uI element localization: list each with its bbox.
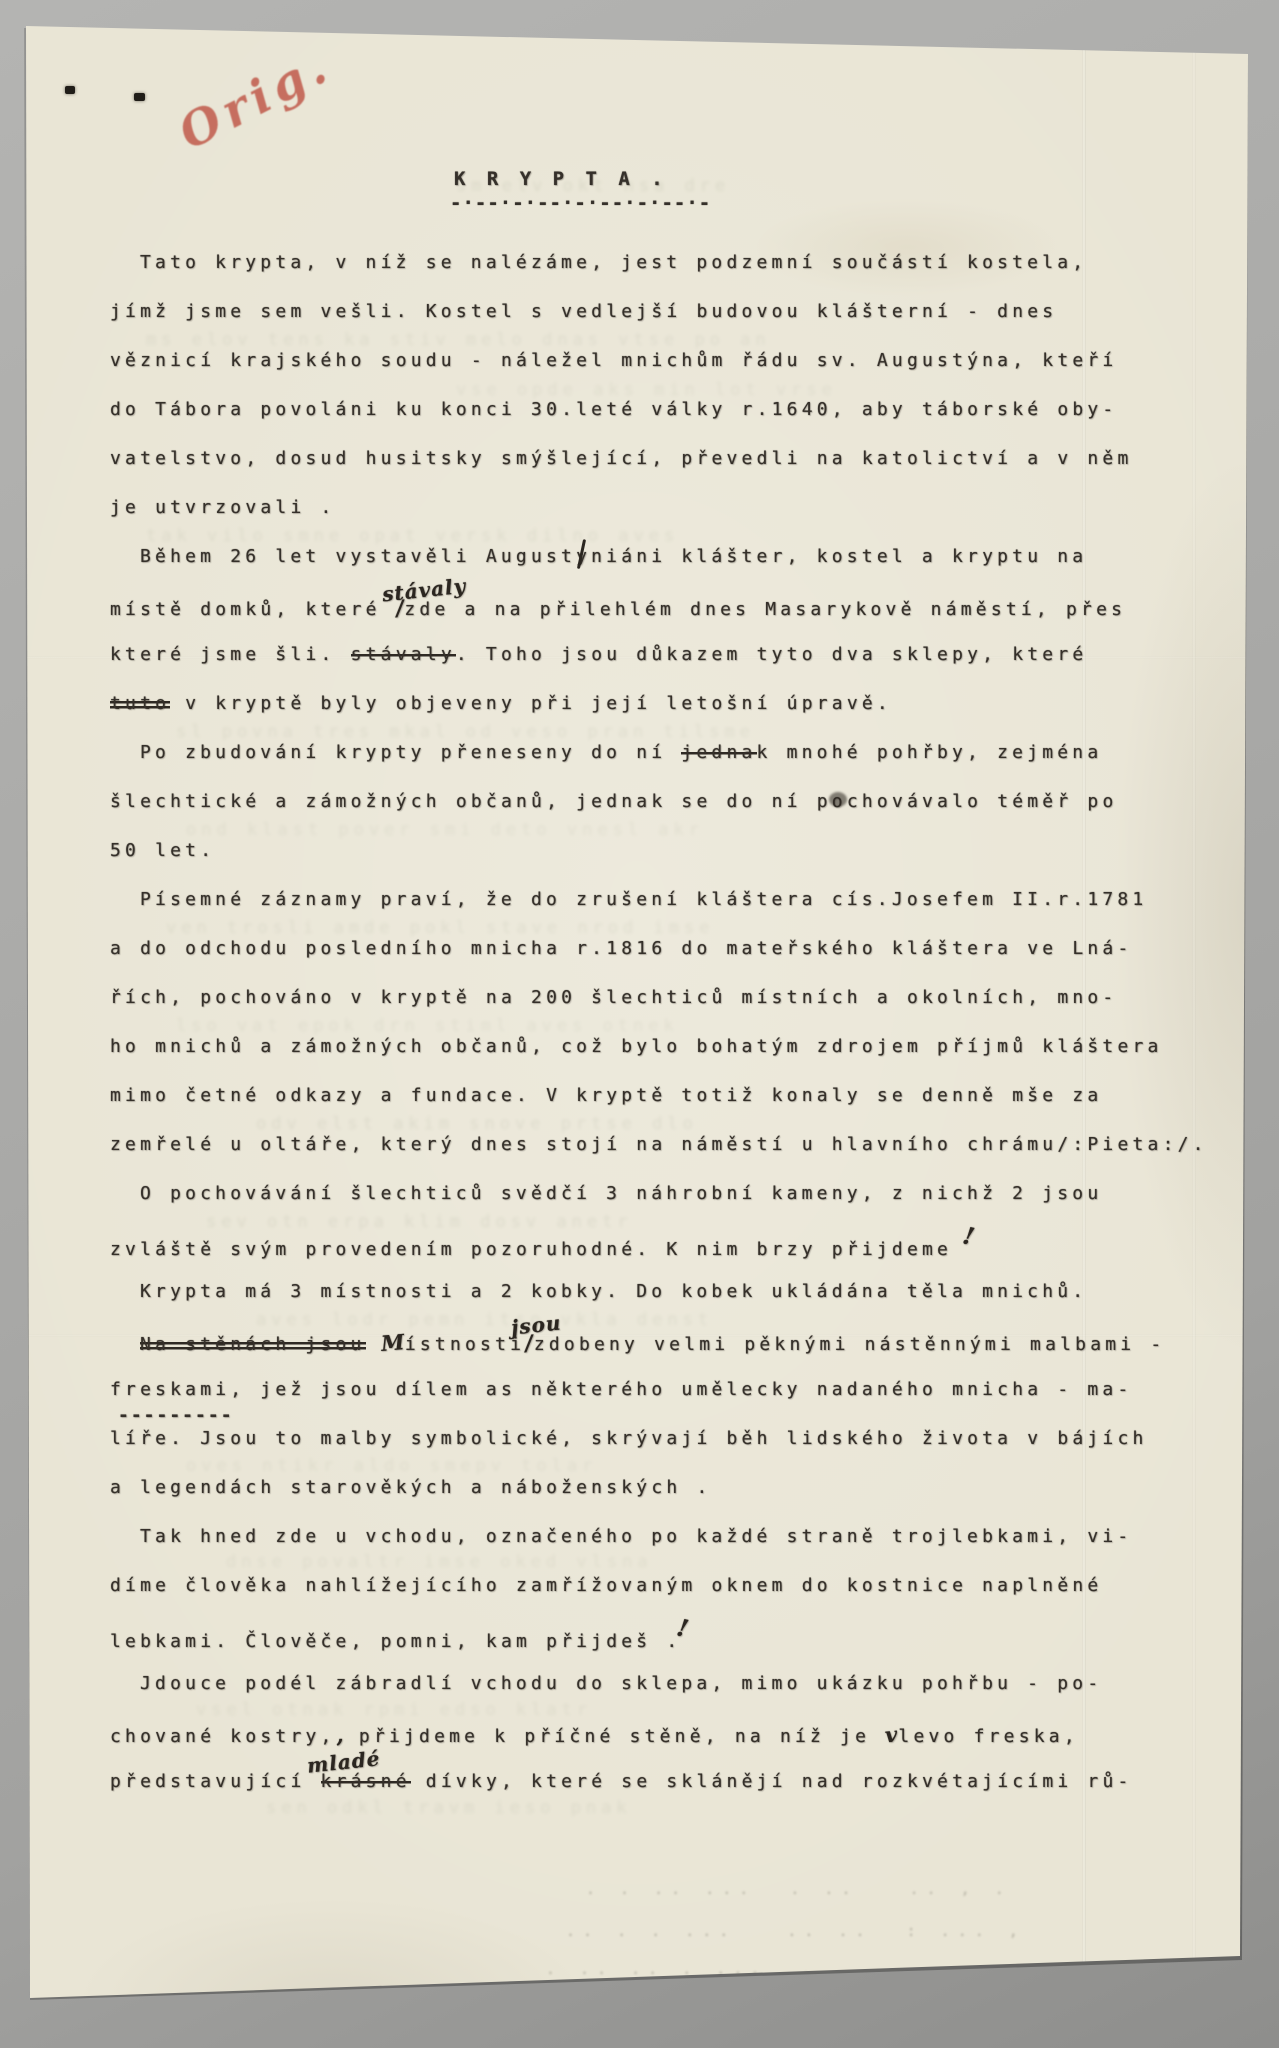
typed-line: Po zbudování krypty přeneseny do ní jedn… bbox=[140, 742, 1102, 763]
handwritten-correction: , bbox=[334, 1722, 344, 1748]
typed-line: které jsme šli. stávaly. Toho jsou důkaz… bbox=[110, 644, 1087, 665]
typed-line: zemřelé u oltáře, který dnes stojí na ná… bbox=[110, 1134, 1208, 1155]
typed-segment: dívky, které se sklánějí nad rozkvétajíc… bbox=[411, 1771, 1133, 1792]
typed-segment: o bbox=[832, 791, 847, 812]
typed-segment: líře. Jsou to malby symbolické, skrývají… bbox=[110, 1428, 1148, 1449]
typed-segment: Jdouce podél zábradlí vchodu do sklepa, … bbox=[140, 1673, 1102, 1694]
typed-segment: niáni klášter, kostel a kryptu na bbox=[591, 546, 1087, 567]
typed-line: vatelstvo, dosud husitsky smýšlející, př… bbox=[110, 448, 1133, 469]
typed-line: chované kostry,, přijdeme k příčné stěně… bbox=[110, 1722, 1079, 1747]
handwritten-exclamation: ! bbox=[674, 1612, 695, 1644]
typed-segment: ístnosti bbox=[405, 1334, 525, 1355]
typed-segment: mimo četné odkazy a fundace. V kryptě to… bbox=[110, 1085, 1102, 1106]
typed-line: zvláště svým provedením pozoruhodné. K n… bbox=[110, 1232, 982, 1261]
typed-line: Tato krypta, v níž se nalézáme, jest pod… bbox=[140, 252, 1087, 273]
typed-line: Tak hned zde u vchodu, označeného po kaž… bbox=[140, 1526, 1132, 1547]
struck-text: jedna bbox=[681, 742, 756, 763]
typed-segment: do Tábora povoláni ku konci 30.leté válk… bbox=[110, 399, 1117, 420]
typed-segment: je utvrzovali . bbox=[110, 497, 336, 518]
typed-line: šlechtické a zámožných občanů, jednak se… bbox=[110, 791, 1118, 812]
ink-bleed-ghost: sen odkl travm ieso pnak bbox=[266, 1798, 632, 1818]
typed-segment: k mnohé pohřby, zejména bbox=[757, 742, 1103, 763]
typed-line: do Tábora povoláni ku konci 30.leté válk… bbox=[110, 399, 1117, 420]
typed-line: řích, pochováno v kryptě na 200 šlechtic… bbox=[110, 987, 1117, 1008]
typed-line: Písemné záznamy praví, že do zrušení klá… bbox=[140, 889, 1147, 910]
typed-segment: představující bbox=[110, 1771, 321, 1792]
typed-line: věznicí krajského soudu - náležel mnichů… bbox=[110, 350, 1117, 371]
typed-segment: řích, pochováno v kryptě na 200 šlechtic… bbox=[110, 987, 1117, 1008]
typed-segment: O pochovávání šlechticů svědčí 3 náhrobn… bbox=[140, 1183, 1102, 1204]
typed-segment: vatelstvo, dosud husitsky smýšlející, př… bbox=[110, 448, 1133, 469]
typed-segment: . Toho jsou důkazem tyto dva sklepy, kte… bbox=[456, 644, 1088, 665]
typed-segment: díme člověka nahlížejícího zamřížovaným … bbox=[110, 1575, 1102, 1596]
fold-crease bbox=[1192, 8, 1196, 2003]
title-underline: -·--·-·--·-·--·-·--·- bbox=[450, 192, 711, 214]
typed-line: O pochovávání šlechticů svědčí 3 náhrobn… bbox=[140, 1183, 1102, 1204]
typed-line: a do odchodu posledního mnicha r.1816 do… bbox=[110, 938, 1133, 959]
document-title: K R Y P T A . bbox=[454, 168, 668, 190]
struck-text: tuto bbox=[110, 693, 170, 714]
typed-segment: věznicí krajského soudu - náležel mnichů… bbox=[110, 350, 1117, 371]
ink-bleed-ghost: sl povna tres mkal od veso pran tilsme bbox=[176, 722, 755, 742]
scanned-document-photo: { "page": { "background_color": "#a9a9a7… bbox=[0, 0, 1279, 2048]
punch-mark bbox=[134, 93, 145, 101]
typed-segment: Během 26 let vystavěli August bbox=[140, 546, 576, 567]
struck-text: stávaly bbox=[351, 644, 456, 665]
orig-annotation: Orig. bbox=[170, 38, 340, 161]
typed-segment: chovávalo téměř po bbox=[847, 791, 1118, 812]
typed-line: tuto v kryptě byly objeveny při její let… bbox=[110, 693, 892, 714]
typed-segment: zde a na přilehlém dnes Masarykově náměs… bbox=[404, 599, 1126, 620]
typed-line: díme člověka nahlížejícího zamřížovaným … bbox=[110, 1575, 1102, 1596]
ink-bleed-ghost: tak vilo smne opat versk dilno aves bbox=[146, 526, 679, 546]
handwritten-correction: v bbox=[884, 1721, 899, 1747]
typed-segment: přijdeme k příčné stěně, na níž je bbox=[344, 1726, 885, 1747]
typed-segment: Tato krypta, v níž se nalézáme, jest pod… bbox=[140, 252, 1087, 273]
typed-segment: freskami, jež jsou dílem as některého um… bbox=[110, 1379, 1133, 1400]
typed-line: 50 let. bbox=[110, 840, 215, 861]
typed-segment: zvláště svým provedením pozoruhodné. K n… bbox=[110, 1239, 967, 1260]
typed-segment: y bbox=[576, 546, 591, 567]
typed-segment: lebkami. Člověče, pomni, kam přijdeš . bbox=[110, 1631, 681, 1652]
ink-bleed-ghost: dnse povaltr imse oked vlsna bbox=[226, 1552, 653, 1572]
typed-segment bbox=[366, 1334, 381, 1355]
typed-line: Na stěnách jsou Místnostijsou/zdobeny ve… bbox=[140, 1330, 1165, 1355]
document-page: Orig. K R Y P T A . -·--·-·--·-·--·-·--·… bbox=[26, 8, 1250, 2003]
ink-bleed-ghost: vse opde aks min lot vrse bbox=[456, 380, 837, 400]
typed-segment: které jsme šli. bbox=[110, 644, 351, 665]
typed-segment: 50 let. bbox=[110, 840, 215, 861]
typed-segment: chované kostry, bbox=[110, 1726, 336, 1747]
typed-segment: místě domků, které bbox=[110, 599, 396, 620]
ink-bleed-ghost: ms elov tens ka stiv melo dnas vtse po a… bbox=[146, 330, 771, 350]
typed-segment: Písemné záznamy praví, že do zrušení klá… bbox=[140, 889, 1147, 910]
struck-text: Na stěnách jsou bbox=[140, 1334, 366, 1355]
typed-line: je utvrzovali . bbox=[110, 497, 336, 518]
typed-line: ho mnichů a zámožných občanů, což bylo b… bbox=[110, 1036, 1163, 1057]
punch-mark bbox=[65, 86, 75, 94]
ink-bleed-ghost: sev otn erpa klim dosv anetr bbox=[206, 1212, 633, 1232]
typed-segment: Krypta má 3 místnosti a 2 kobky. Do kobe… bbox=[140, 1281, 1087, 1302]
ink-bleed-ghost: ven trosli amde pokl stave nrod imse bbox=[166, 918, 714, 938]
handwritten-exclamation: ! bbox=[960, 1220, 981, 1252]
handwritten-correction: / bbox=[395, 595, 406, 621]
handwritten-correction: M bbox=[380, 1329, 406, 1356]
handwritten-correction: / bbox=[524, 1330, 535, 1356]
typed-segment: v kryptě byly objeveny při její letošní … bbox=[170, 693, 892, 714]
typed-line: Během 26 let vystavěli Augustyniáni kláš… bbox=[140, 546, 1087, 567]
typed-line: líře. Jsou to malby symbolické, skrývají… bbox=[110, 1428, 1148, 1449]
typed-segment: šlechtické a zámožných občanů, jednak se… bbox=[110, 791, 832, 812]
offset-print-mark: . . .. ... . .. .. , . bbox=[586, 1880, 1012, 1898]
typed-segment: a legendách starověkých a náboženských . bbox=[110, 1477, 711, 1498]
typed-line: představující mladékrásné dívky, které s… bbox=[110, 1771, 1133, 1792]
typed-segment: --------- bbox=[118, 1405, 234, 1426]
typed-line: Krypta má 3 místnosti a 2 kobky. Do kobe… bbox=[140, 1281, 1087, 1302]
typed-line: freskami, jež jsou dílem as některého um… bbox=[110, 1379, 1133, 1400]
typed-segment: Tak hned zde u vchodu, označeného po kaž… bbox=[140, 1526, 1132, 1547]
ink-bleed-ghost: odv elst akim snove prtse dlo bbox=[256, 1114, 698, 1134]
typed-segment: zdobeny velmi pěknými nástěnnými malbami… bbox=[534, 1334, 1166, 1355]
strike-dash-row: --------- bbox=[118, 1405, 234, 1426]
ink-bleed-ghost: ond klast pover smi deto vnesl akr bbox=[186, 820, 704, 840]
ink-bleed-ghost: oves ntikr aldo smepv tolar bbox=[186, 1456, 597, 1476]
typed-segment: Po zbudování krypty přeneseny do ní bbox=[140, 742, 681, 763]
ink-bleed-ghost: lso vat epok drn stiml aves otnek bbox=[176, 1016, 679, 1036]
typed-segment: jímž jsme sem vešli. Kostel s vedlejší b… bbox=[110, 301, 1057, 322]
typed-line: jímž jsme sem vešli. Kostel s vedlejší b… bbox=[110, 301, 1057, 322]
typed-line: mimo četné odkazy a fundace. V kryptě to… bbox=[110, 1085, 1102, 1106]
typed-segment: levo freska, bbox=[898, 1726, 1078, 1747]
typed-line: lebkami. Člověče, pomni, kam přijdeš .! bbox=[110, 1624, 696, 1653]
ink-bleed-ghost: vsel otnak rpmi edso klatr bbox=[196, 1700, 592, 1720]
typed-line: a legendách starověkých a náboženských . bbox=[110, 1477, 711, 1498]
typed-segment: a do odchodu posledního mnicha r.1816 do… bbox=[110, 938, 1133, 959]
typed-line: Jdouce podél zábradlí vchodu do sklepa, … bbox=[140, 1673, 1102, 1694]
typed-line: místě domků, které stávaly/zde a na přil… bbox=[110, 595, 1126, 620]
ink-bleed-ghost: aves lodr pemn itso vkla denst bbox=[256, 1310, 713, 1330]
offset-print-mark: .. . . ... .. .. : ... , bbox=[566, 1922, 1026, 1940]
typed-segment: zemřelé u oltáře, který dnes stojí na ná… bbox=[110, 1134, 1208, 1155]
typed-segment: ho mnichů a zámožných občanů, což bylo b… bbox=[110, 1036, 1163, 1057]
